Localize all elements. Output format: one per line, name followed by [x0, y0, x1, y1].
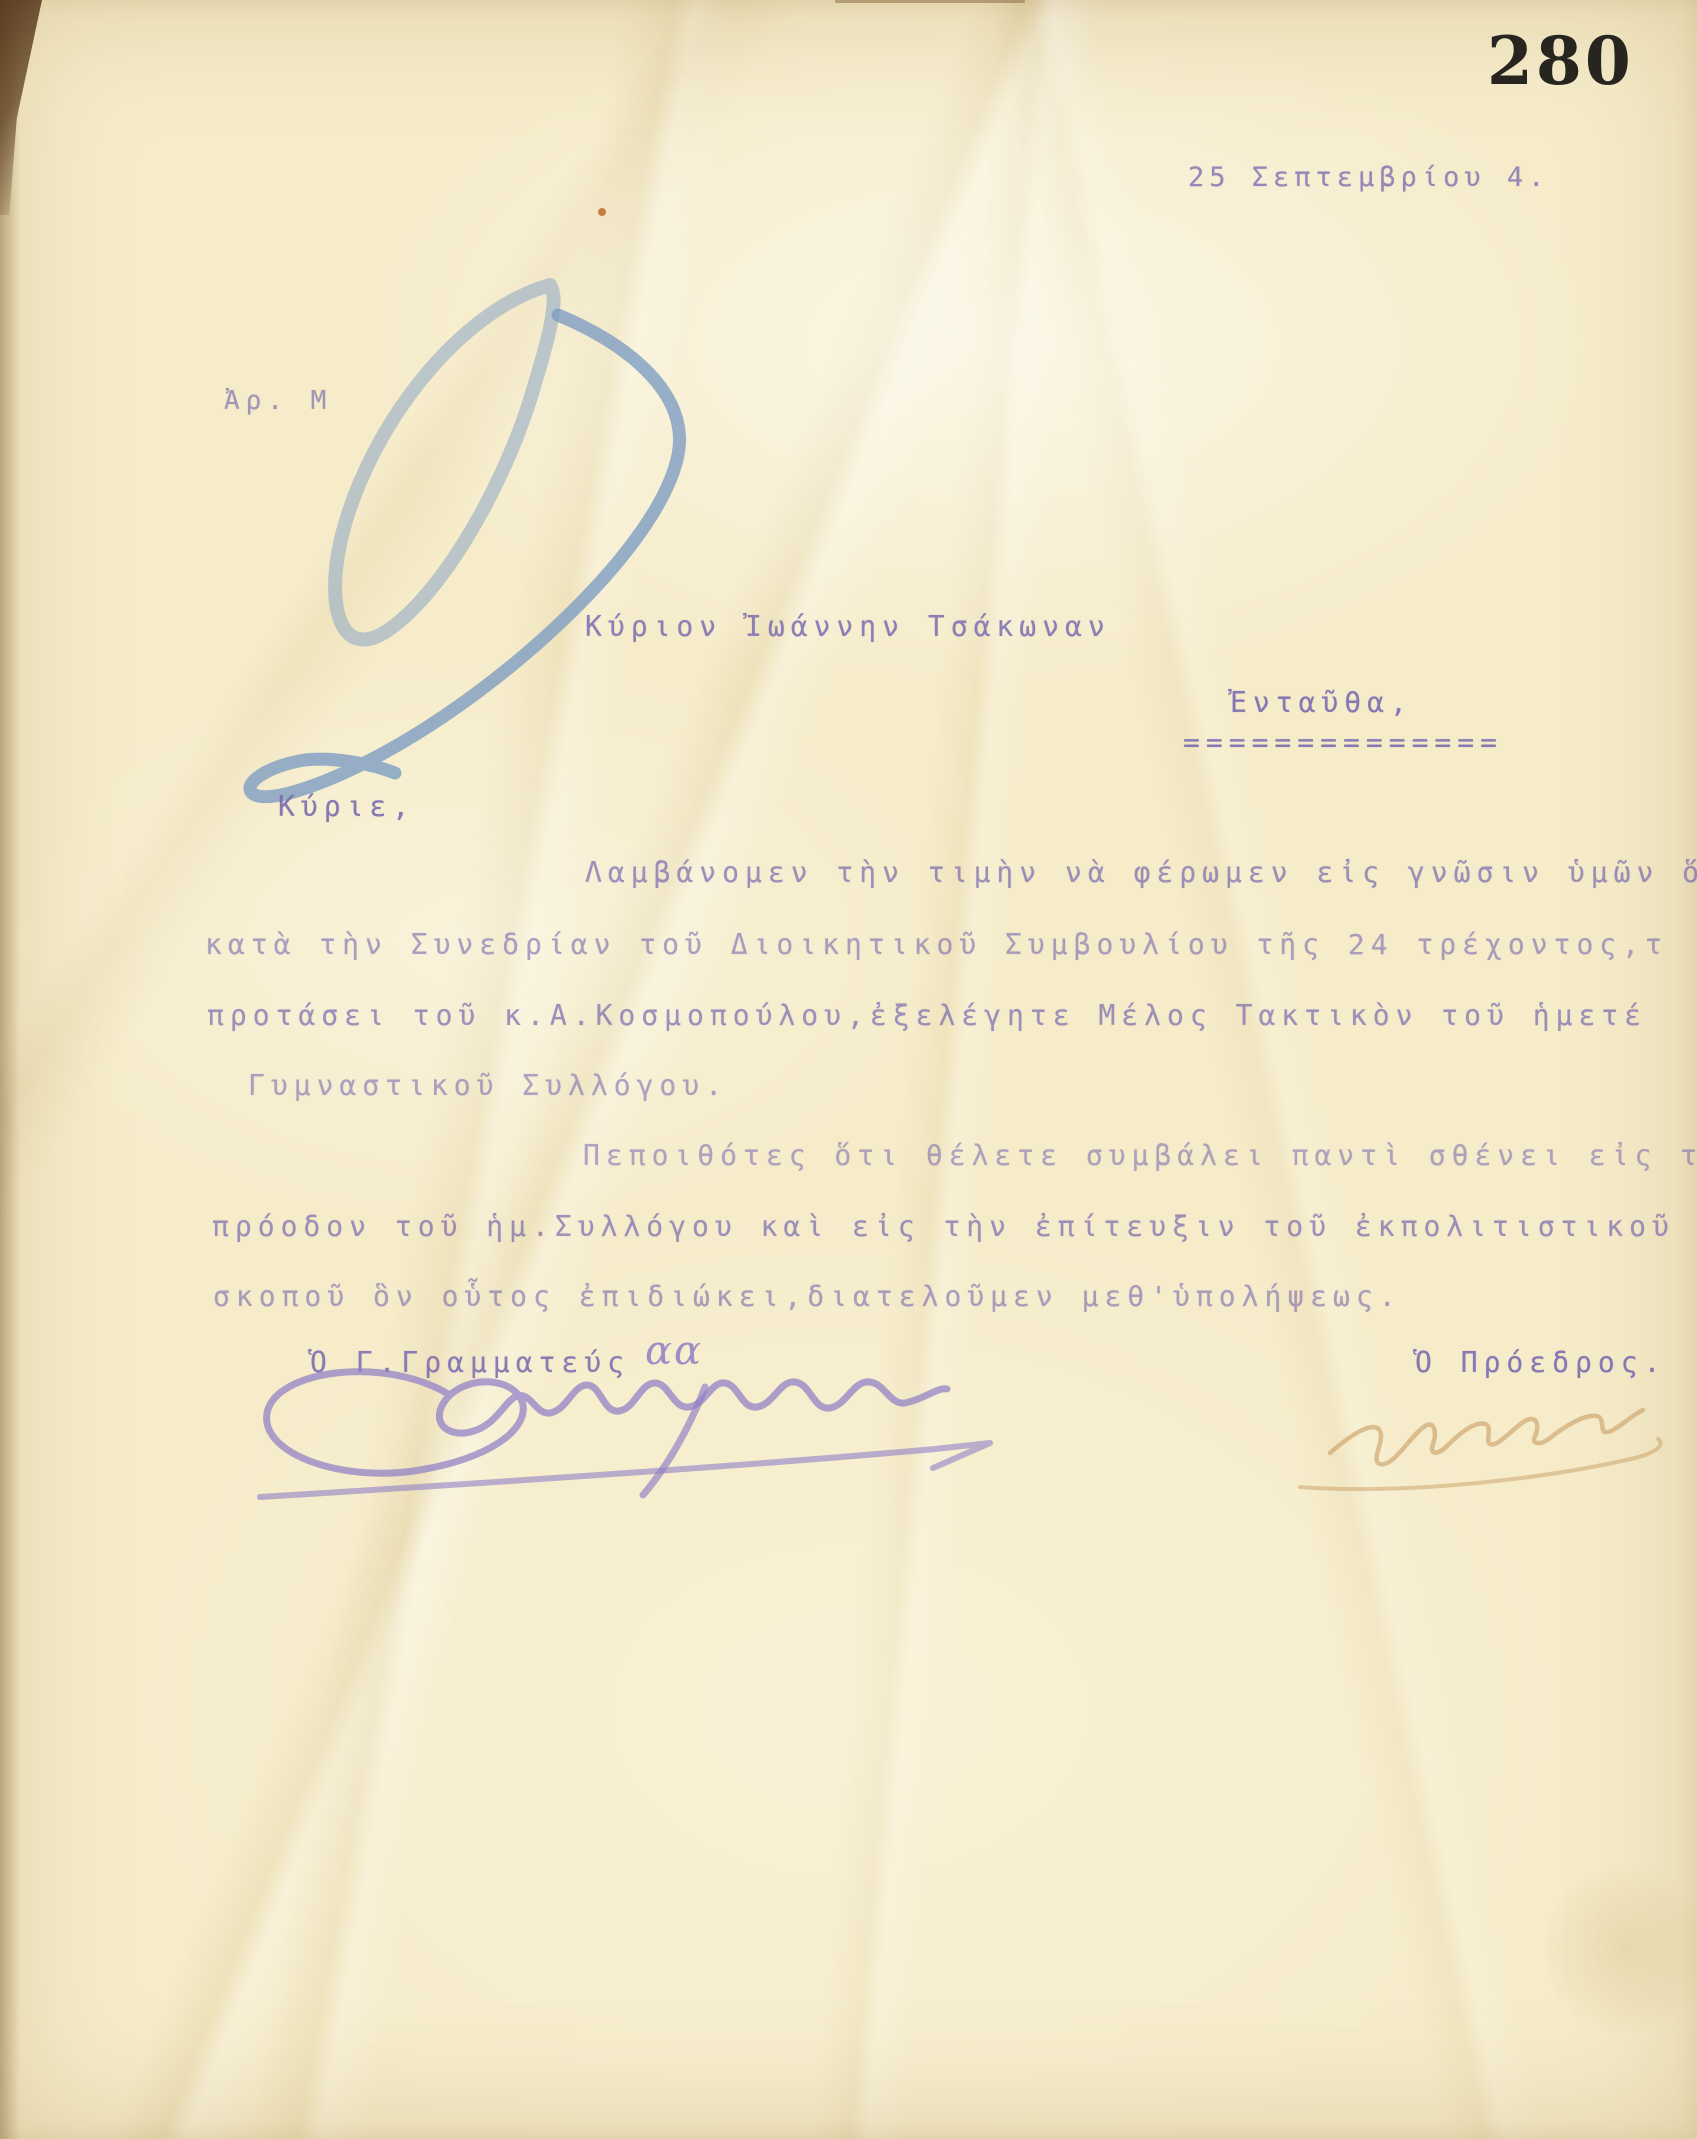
scanned-letter-page: 280 25 Σεπτεμβρίου 4. Ἀρ. Μ Κύριον Ἰωάνν… — [0, 0, 1697, 2139]
president-signature — [1285, 1375, 1697, 1505]
torn-corner-patch — [0, 0, 42, 215]
body-line: Πεποιθότες ὅτι θέλετε συμβάλει παντὶ σθέ… — [583, 1139, 1697, 1172]
place-line: Ἐνταῦθα, — [1230, 686, 1413, 719]
place-underline: ============== — [1183, 726, 1503, 759]
body-line: Λαμβάνομεν τὴν τιμὴν νὰ φέρωμεν εἰς γνῶσ… — [585, 856, 1697, 889]
binding-edge-shadow — [0, 0, 20, 2139]
recipient-line: Κύριον Ἰωάννην Τσάκωναν — [585, 610, 1111, 643]
secretary-signature — [235, 1325, 1015, 1540]
page-number: 280 — [1487, 22, 1634, 100]
salutation: Κύριε, — [278, 790, 415, 823]
date-line: 25 Σεπτεμβρίου 4. — [1188, 162, 1549, 193]
blue-pencil-checkmark — [130, 215, 750, 825]
body-line: σκοποῦ ὃν οὗτος ἐπιδιώκει,διατελοῦμεν με… — [213, 1280, 1402, 1313]
faint-watermark — [1545, 1865, 1697, 2035]
top-edge-crease — [835, 0, 1025, 3]
body-line: κατὰ τὴν Συνεδρίαν τοῦ Διοικητικοῦ Συμβο… — [205, 928, 1668, 961]
body-line: πρόοδον τοῦ ἡμ.Συλλόγου καὶ εἰς τὴν ἐπίτ… — [212, 1210, 1675, 1243]
body-line: Γυμναστικοῦ Συλλόγου. — [248, 1069, 728, 1102]
body-line: προτάσει τοῦ κ.Α.Κοσμοπούλου,ἐξελέγητε Μ… — [207, 999, 1647, 1032]
